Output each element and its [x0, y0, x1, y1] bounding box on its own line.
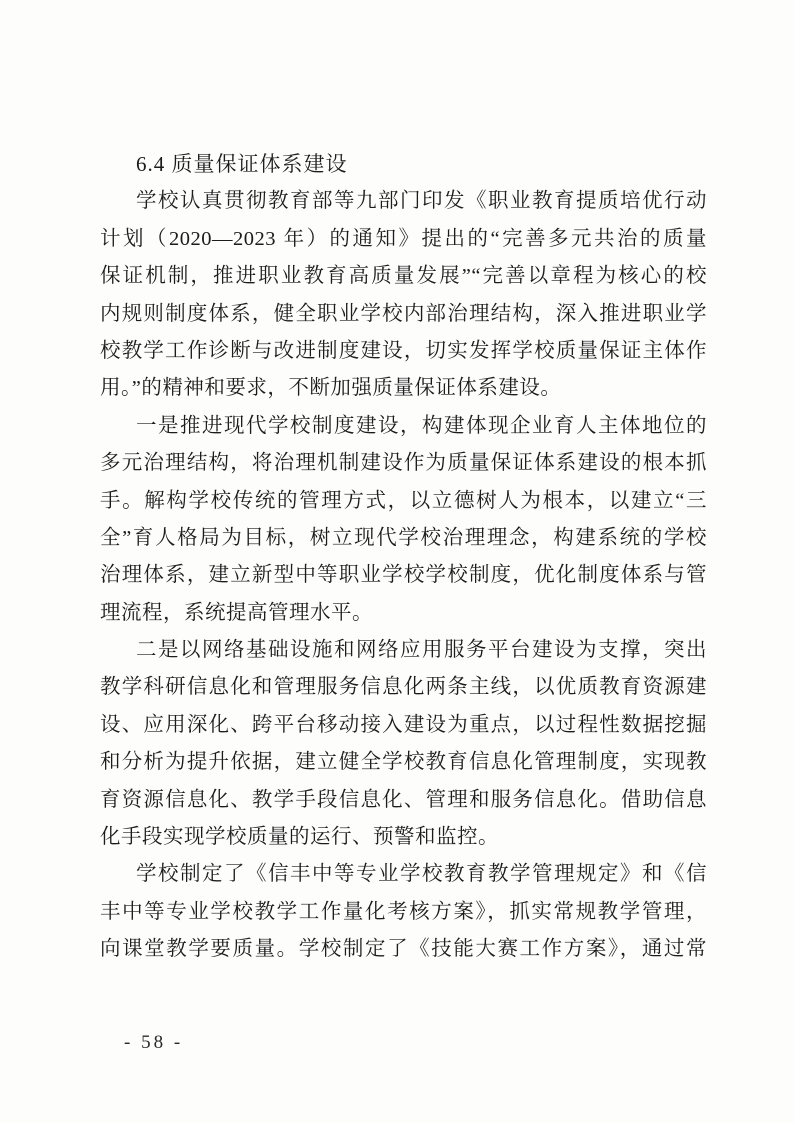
text-line: 二是以网络基础设施和网络应用服务平台建设为支撑，突出	[100, 632, 707, 669]
page-number: - 58 -	[124, 1032, 183, 1054]
text-line: 手。解构学校传统的管理方式，以立德树人为根本，以建立“三	[100, 483, 707, 520]
paragraph: 学校制定了《信丰中等专业学校教育教学管理规定》和《信 丰中等专业学校教学工作量化…	[100, 856, 707, 968]
paragraph: 二是以网络基础设施和网络应用服务平台建设为支撑，突出 教学科研信息化和管理服务信…	[100, 632, 707, 856]
text-line: 用。”的精神和要求，不断加强质量保证体系建设。	[100, 370, 707, 407]
text-line: 保证机制，推进职业教育高质量发展”“完善以章程为核心的校	[100, 258, 707, 295]
paragraph: 学校认真贯彻教育部等九部门印发《职业教育提质培优行动 计划（2020—2023 …	[100, 183, 707, 407]
paragraph: 一是推进现代学校制度建设，构建体现企业育人主体地位的 多元治理结构，将治理机制建…	[100, 408, 707, 632]
section-heading: 6.4 质量保证体系建设	[100, 146, 707, 183]
text-line: 丰中等专业学校教学工作量化考核方案》，抓实常规教学管理，	[100, 894, 707, 931]
text-line: 内规则制度体系，健全职业学校内部治理结构，深入推进职业学	[100, 296, 707, 333]
document-content: 6.4 质量保证体系建设 学校认真贯彻教育部等九部门印发《职业教育提质培优行动 …	[100, 146, 707, 969]
text-line: 化手段实现学校质量的运行、预警和监控。	[100, 819, 707, 856]
document-page: 6.4 质量保证体系建设 学校认真贯彻教育部等九部门印发《职业教育提质培优行动 …	[0, 0, 794, 1123]
text-line: 全”育人格局为目标，树立现代学校治理理念，构建系统的学校	[100, 520, 707, 557]
text-line: 校教学工作诊断与改进制度建设，切实发挥学校质量保证主体作	[100, 333, 707, 370]
text-line: 向课堂教学要质量。学校制定了《技能大赛工作方案》，通过常	[100, 931, 707, 968]
text-line: 设、应用深化、跨平台移动接入建设为重点，以过程性数据挖掘	[100, 707, 707, 744]
text-line: 治理体系，建立新型中等职业学校学校制度，优化制度体系与管	[100, 557, 707, 594]
text-line: 多元治理结构，将治理机制建设作为质量保证体系建设的根本抓	[100, 445, 707, 482]
text-line: 理流程，系统提高管理水平。	[100, 595, 707, 632]
text-line: 计划（2020—2023 年）的通知》提出的“完善多元共治的质量	[100, 221, 707, 258]
text-line: 一是推进现代学校制度建设，构建体现企业育人主体地位的	[100, 408, 707, 445]
text-line: 学校认真贯彻教育部等九部门印发《职业教育提质培优行动	[100, 183, 707, 220]
text-line: 和分析为提升依据，建立健全学校教育信息化管理制度，实现教	[100, 744, 707, 781]
text-line: 学校制定了《信丰中等专业学校教育教学管理规定》和《信	[100, 856, 707, 893]
text-line: 育资源信息化、教学手段信息化、管理和服务信息化。借助信息	[100, 782, 707, 819]
text-line: 教学科研信息化和管理服务信息化两条主线，以优质教育资源建	[100, 669, 707, 706]
